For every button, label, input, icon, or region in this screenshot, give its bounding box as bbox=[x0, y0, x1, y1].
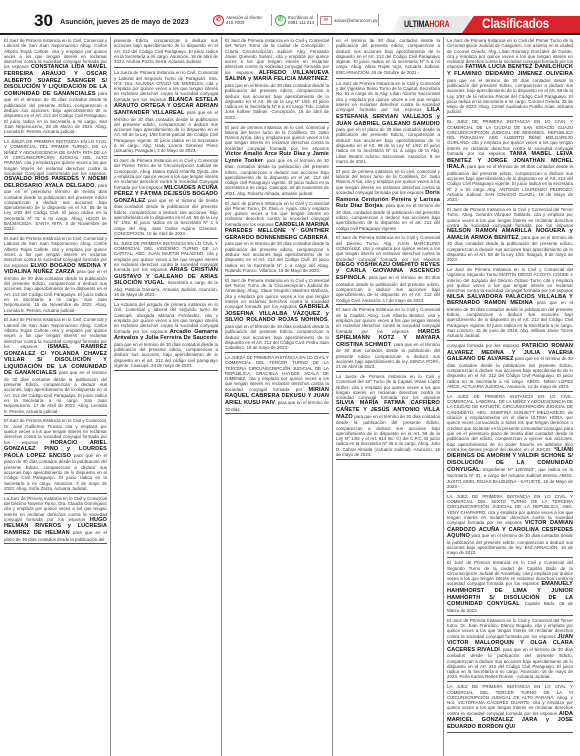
brand-part1: ULTIMA bbox=[404, 19, 429, 29]
notice-text: para que en el plazo de 30 días contados… bbox=[336, 127, 440, 164]
legal-notice: La Juez de Primera Instancia en lo Civil… bbox=[447, 37, 573, 117]
classifieds-columns: El Juez de Primera Instancia en lo Civil… bbox=[0, 37, 580, 756]
notice-text: El Juez de Primera Instancia en lo Civil… bbox=[336, 235, 440, 261]
notice-text: La Jueza de Primera Instancia en lo Civi… bbox=[336, 374, 440, 400]
legal-notice: El juez de primera instancia en lo civil… bbox=[336, 168, 440, 234]
notice-text: para que en el término de 30 días contad… bbox=[336, 414, 440, 457]
page-header: 30 Asunción, jueves 25 de mayo de 2023 ✆… bbox=[0, 0, 580, 33]
legal-notice: La Jueza de Primera Instancia en lo Civi… bbox=[336, 373, 440, 460]
notice-text: para que en el término de 30 días contad… bbox=[114, 110, 218, 153]
contact-phone-value: 415 7000 bbox=[226, 20, 244, 25]
column-3: El Juez de Primera Instancia en lo Civil… bbox=[222, 37, 333, 756]
notice-text: para que en el término de 30 días contad… bbox=[447, 300, 573, 338]
contact-phone[interactable]: ✆ Atención al cliente:415 7000 bbox=[213, 11, 263, 29]
notice-text: LA JUEZ DE PRIMERA INSTANCIA EN LO CIVIL… bbox=[447, 684, 573, 715]
notice-names: FATIMA LUCIA BENITEZ DANILCHUCK Y FLAMIN… bbox=[447, 64, 573, 77]
legal-notice: EL JUEZ DE PRIMERA INSTANCIA EN LO CIVIL… bbox=[114, 240, 218, 300]
notice-text: La Juez de Primera Instancia en lo Civil… bbox=[336, 81, 440, 112]
legal-notice: LA JUEZA DE PRIMERA INSTANCIA EN LO CIVI… bbox=[4, 138, 107, 234]
notice-text: , para que en el término de 30 días cont… bbox=[225, 76, 329, 119]
legal-notice: El Juez de Primera Instancia en lo Civil… bbox=[225, 37, 329, 123]
divider bbox=[317, 14, 318, 26]
legal-notice: El Juez de Primera Instancia en lo Civil… bbox=[336, 234, 440, 305]
phone-icon: ✆ bbox=[213, 15, 224, 26]
legal-notice: La Juez de Primera Instancia en lo Civil… bbox=[447, 266, 573, 341]
notice-text: conyugal formada por los esposos bbox=[447, 343, 522, 348]
notice-text: La Juez de Primera Instancia en lo Civil… bbox=[447, 267, 573, 293]
legal-notice: La Jueza de Primera Instancia en lo Civi… bbox=[114, 69, 218, 156]
legal-notice: LA JUEZ DE PRIMERA INSTANCIA EN LO CIVIL… bbox=[447, 493, 573, 559]
section-title: Clasificados bbox=[482, 15, 549, 31]
notice-text: para que en el término de 30 días contad… bbox=[4, 370, 107, 413]
divider bbox=[271, 14, 272, 26]
notice-text: para que en el término de 30 días contad… bbox=[4, 91, 107, 134]
legal-notice: El Juez de Primera Instancia en lo Civil… bbox=[225, 277, 329, 353]
legal-notice: LA JUEZ DE PRIMERA INSTANCIA EN LO CIVIL… bbox=[447, 393, 573, 492]
legal-notice: en el término de 30 días, contados desde… bbox=[336, 37, 440, 79]
legal-notice: El juez de primera instancia en lo civil… bbox=[225, 124, 329, 199]
notice-text: para que en el plazo de 30 días contados… bbox=[4, 453, 107, 491]
column-5: La Juez de Primera Instancia en lo Civil… bbox=[444, 37, 576, 756]
notice-text: para que en el término de 30 días contad… bbox=[447, 78, 573, 115]
legal-notice: El Juez de Primera Instancia en lo Civil… bbox=[447, 206, 573, 265]
notice-text: LA JUEZ DE PRIMERA INSTANCIA EN LO CIVIL… bbox=[447, 394, 573, 452]
header-rule bbox=[0, 33, 580, 35]
notice-text: LA JUEZA DE PRIMERA INSTANCIA EN LO CIVI… bbox=[4, 139, 107, 176]
legal-notice: El Juez de Primera Instancia en lo Civil… bbox=[4, 37, 107, 137]
email-icon: ✉ bbox=[320, 16, 332, 25]
notice-text: El juez de primera instancia en lo civil… bbox=[225, 125, 329, 151]
notice-text: El Juez de Primera Instancia en lo Civil… bbox=[447, 207, 573, 228]
legal-notice: El Juez de Primera Instancia en lo Civil… bbox=[114, 157, 218, 239]
legal-notice: La Juez de Primera Instancia en lo Civil… bbox=[336, 80, 440, 167]
brand-part2: HORA bbox=[429, 19, 449, 29]
legal-notice: LA JUEZ DE PRIMERA INSTANCIA EN LO CIVIL… bbox=[447, 683, 573, 733]
notice-text: en el término de 30 días, contados desde… bbox=[336, 38, 440, 75]
legal-notice: EL JUEZ DE PRIMERA INSTANCIA EN LO CIVIL… bbox=[447, 118, 573, 205]
notice-text: , para que en el término de 30 días cont… bbox=[447, 164, 573, 202]
legal-notice: El Juez de Primera Instancia en lo Civil… bbox=[447, 559, 573, 615]
contact-email-label: avisos@uhora.com.py bbox=[334, 18, 378, 23]
brand-logo: ULTIMAHORA bbox=[404, 19, 449, 29]
contact-email[interactable]: ✉ avisos@uhora.com.py bbox=[320, 11, 378, 29]
notice-names: OSVALDO RIOS PAREDES Y NOEMI DELROSARIO … bbox=[4, 176, 107, 189]
legal-notice: La Actuaria del juzgado de primera insta… bbox=[114, 301, 218, 371]
legal-notice: La Juez de Primera Instancia en lo Civil… bbox=[4, 495, 107, 545]
notice-text: , para que en el perentorio término de t… bbox=[4, 183, 107, 232]
contact-whatsapp-value: 0981 111 013 bbox=[288, 20, 314, 25]
page-number: 30 bbox=[34, 11, 53, 31]
column-1: El Juez de Primera Instancia en lo Civil… bbox=[0, 37, 111, 756]
legal-notice: El Juez de Primera Instancia en lo Civil… bbox=[4, 417, 107, 493]
legal-notice: El Juez de Primera Instancia en lo Civil… bbox=[336, 306, 440, 372]
legal-notice: El Juez de Primera Instancia en lo Civil… bbox=[4, 235, 107, 315]
dateline: Asunción, jueves 25 de mayo de 2023 bbox=[60, 17, 189, 26]
notice-text: para que en el término de 30 días contad… bbox=[4, 269, 107, 312]
whatsapp-icon: ✆ bbox=[275, 15, 286, 26]
divider bbox=[378, 14, 379, 26]
legal-notice: LA JUEZA DE PRIMERA INSTANCIA EN LO CIVI… bbox=[225, 354, 329, 414]
legal-notice: El Juez de Primera Instancia en lo Civil… bbox=[447, 617, 573, 683]
notice-text: , para que en el término de 30 días cont… bbox=[225, 235, 329, 273]
column-4: en el término de 30 días, contados desde… bbox=[333, 37, 444, 756]
notice-text: El Juez de Primera Instancia en lo Civil… bbox=[447, 618, 573, 639]
legal-notice: El Juez de primera Instancia en lo Civil… bbox=[225, 200, 329, 276]
legal-notice: El Juez de Primera Instancia en lo Civil… bbox=[4, 316, 107, 416]
legal-notice: conyugal formada por los esposos PATRICI… bbox=[447, 342, 573, 392]
contact-whatsapp[interactable]: ✆ Escribinos al0981 111 013 bbox=[275, 11, 314, 29]
legal-notice: presente Edicto, comparezcan a deducir s… bbox=[114, 37, 218, 68]
notice-text: presente Edicto, comparezcan a deducir s… bbox=[114, 38, 218, 64]
notice-text: para que en el término de treinta días c… bbox=[114, 198, 218, 236]
notice-text: , para que en el término de 30 días, con… bbox=[225, 158, 329, 196]
column-2: presente Edicto, comparezcan a deducir s… bbox=[111, 37, 222, 756]
